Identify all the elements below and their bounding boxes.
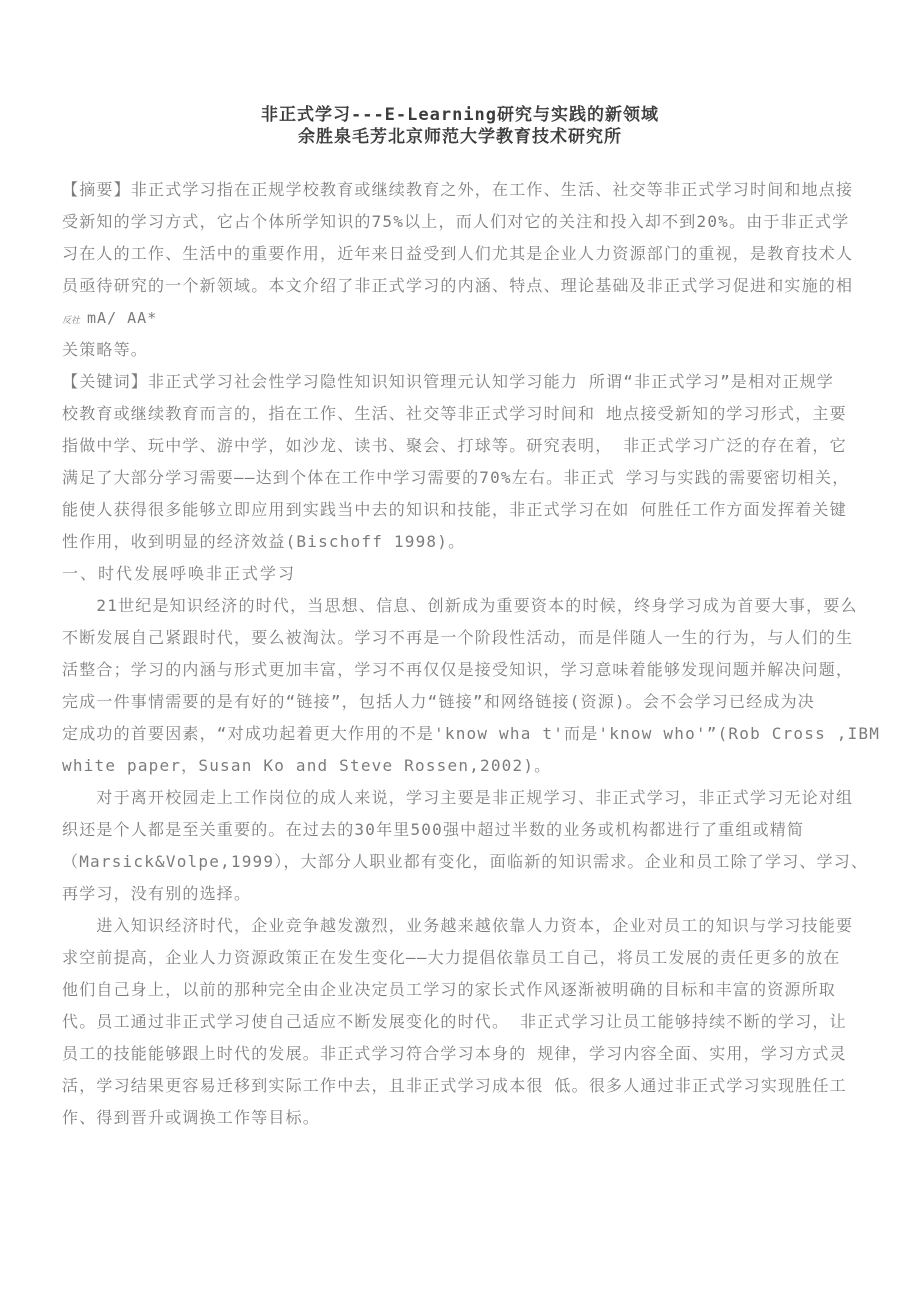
text-line: 对于离开校园走上工作岗位的成人来说，学习主要是非正规学习、非正式学习，非正式学习… bbox=[62, 782, 862, 814]
text-line: 员工的技能能够跟上时代的发展。非正式学习符合学习本身的 规律，学习内容全面、实用… bbox=[62, 1038, 862, 1070]
text-line: 作、得到晋升或调换工作等目标。 bbox=[62, 1102, 862, 1134]
text-line: 再学习，没有别的选择。 bbox=[62, 878, 862, 910]
document-author-affiliation: 余胜泉毛芳北京师范大学教育技术研究所 bbox=[0, 126, 920, 148]
text-line: 指做中学、玩中学、游中学，如沙龙、读书、聚会、打球等。研究表明， 非正式学习广泛… bbox=[62, 430, 862, 462]
document-title: 非正式学习---E-Learning研究与实践的新领域 bbox=[0, 104, 920, 126]
text-line: 不断发展自己紧跟时代，要么被淘汰。学习不再是一个阶段性活动，而是伴随人一生的行为… bbox=[62, 622, 862, 654]
text-line: 求空前提高，企业人力资源政策正在发生变化——大力提倡依靠员工自己，将员工发展的责… bbox=[62, 942, 862, 974]
text-line: 员亟待研究的一个新领域。本文介绍了非正式学习的内涵、特点、理论基础及非正式学习促… bbox=[62, 270, 862, 302]
text-line: 21世纪是知识经济的时代，当思想、信息、创新成为重要资本的时候，终身学习成为首要… bbox=[62, 590, 862, 622]
text-line: 【关键词】非正式学习社会性学习隐性知识知识管理元认知学习能力 所谓“非正式学习”… bbox=[62, 366, 862, 398]
text-line: 满足了大部分学习需要——达到个体在工作中学习需要的70%左右。非正式 学习与实践… bbox=[62, 462, 862, 494]
text-line: 他们自己身上，以前的那种完全由企业决定员工学习的家长式作风逐渐被明确的目标和丰富… bbox=[62, 974, 862, 1006]
text-line: 【摘要】非正式学习指在正规学校教育或继续教育之外，在工作、生活、社交等非正式学习… bbox=[62, 174, 862, 206]
document-body: 【摘要】非正式学习指在正规学校教育或继续教育之外，在工作、生活、社交等非正式学习… bbox=[62, 174, 862, 1134]
text-line: 性作用，收到明显的经济效益(Bischoff 1998)。 bbox=[62, 526, 862, 558]
text-line: 活整合；学习的内涵与形式更加丰富，学习不再仅仅是接受知识，学习意味着能够发现问题… bbox=[62, 654, 862, 686]
text-line: 织还是个人都是至关重要的。在过去的30年里500强中超过半数的业务或机构都进行了… bbox=[62, 814, 862, 846]
text-line: 定成功的首要因素，“对成功起着更大作用的不是'know wha t'而是'kno… bbox=[62, 718, 862, 750]
garbled-fragment: 反社 bbox=[62, 316, 80, 326]
text-line: white paper，Susan Ko and Steve Rossen,20… bbox=[62, 750, 862, 782]
text-line: 代。员工通过非正式学习使自己适应不断发展变化的时代。 非正式学习让员工能够持续不… bbox=[62, 1006, 862, 1038]
latin-fragment: mA/ AA* bbox=[87, 309, 157, 327]
document-page: 非正式学习---E-Learning研究与实践的新领域 余胜泉毛芳北京师范大学教… bbox=[0, 0, 920, 1302]
text-line: 完成一件事情需要的是有好的“链接”，包括人力“链接”和网络链接(资源)。会不会学… bbox=[62, 686, 862, 718]
text-line: 能使人获得很多能够立即应用到实践当中去的知识和技能，非正式学习在如 何胜任工作方… bbox=[62, 494, 862, 526]
section-heading: 一、时代发展呼唤非正式学习 bbox=[62, 558, 862, 590]
text-line: 进入知识经济时代，企业竞争越发激烈，业务越来越依靠人力资本，企业对员工的知识与学… bbox=[62, 910, 862, 942]
text-line: （Marsick&Volpe,1999），大部分人职业都有变化，面临新的知识需求… bbox=[62, 846, 862, 878]
garbled-text-line: 反社mA/ AA* bbox=[62, 302, 862, 334]
text-line: 习在人的工作、生活中的重要作用，近年来日益受到人们尤其是企业人力资源部门的重视，… bbox=[62, 238, 862, 270]
text-line: 受新知的学习方式，它占个体所学知识的75%以上，而人们对它的关注和投入却不到20… bbox=[62, 206, 862, 238]
title-block: 非正式学习---E-Learning研究与实践的新领域 余胜泉毛芳北京师范大学教… bbox=[0, 104, 920, 148]
text-line: 关策略等。 bbox=[62, 334, 862, 366]
text-line: 活，学习结果更容易迁移到实际工作中去，且非正式学习成本很 低。很多人通过非正式学… bbox=[62, 1070, 862, 1102]
text-line: 校教育或继续教育而言的，指在工作、生活、社交等非正式学习时间和 地点接受新知的学… bbox=[62, 398, 862, 430]
